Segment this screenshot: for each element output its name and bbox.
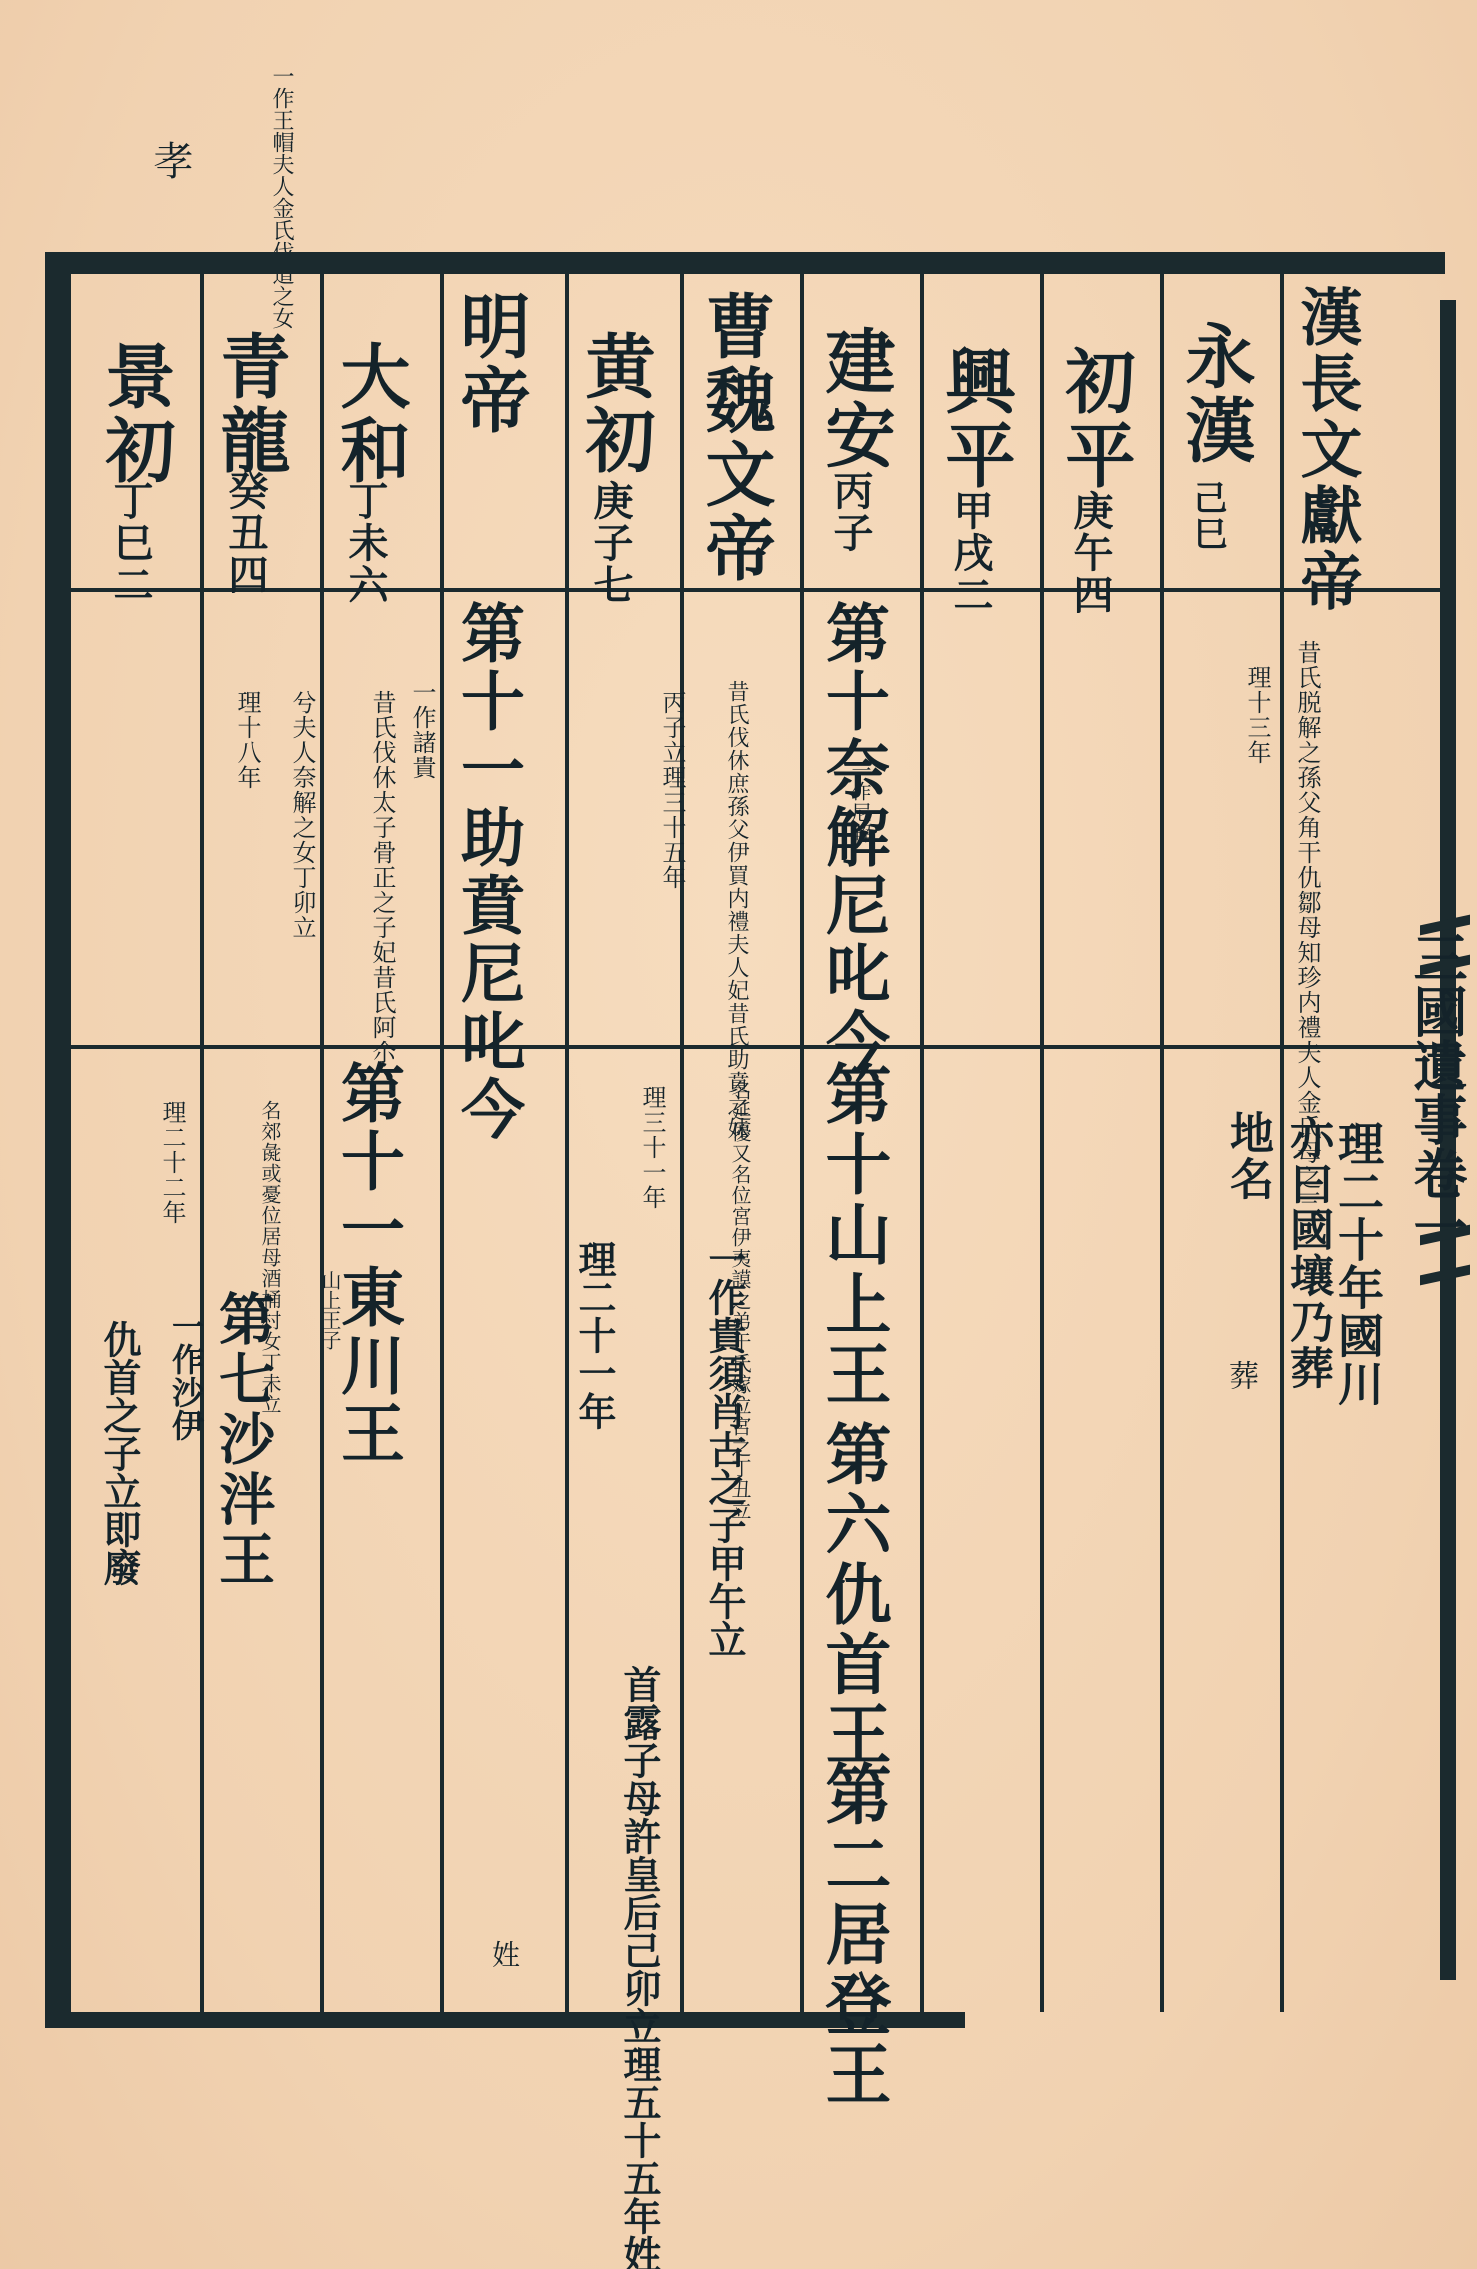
era-col4: 興平 bbox=[940, 345, 1010, 493]
col-divider bbox=[680, 272, 684, 2012]
king-title-note-col8: 一作諸貴 bbox=[410, 680, 434, 780]
era-col9: 大和 bbox=[335, 340, 405, 488]
note-col8-middle: 昔氏伐休太子骨正之子妃昔氏阿尒 bbox=[370, 690, 394, 1050]
note-col9-lower: 名郊彘或憂位居母酒桶村女丁未立 bbox=[260, 1100, 280, 1300]
lower-col1-small: 葬 bbox=[1225, 1360, 1255, 1391]
king-lower-saban-note: 一作沙伊 bbox=[170, 1310, 202, 1442]
era-col3: 初平 bbox=[1060, 345, 1130, 493]
lower-note-geodeung: 首露子母許皇后己卯立理五十五年姓金氏 bbox=[620, 1665, 658, 2005]
era-col1: 漢長文獻帝 bbox=[1295, 285, 1357, 615]
lower-note-gusu: 一作貴須肖古之子甲午立 bbox=[705, 1240, 743, 1620]
lower-note-sansang: 名延優又名位宮伊夷謨之弟于氏嫁位宮之丁丑立 bbox=[730, 1080, 750, 1240]
corner-note-bottom: 姓 bbox=[490, 1940, 518, 1969]
spine-title-text: 三國遺事卷一 bbox=[1410, 930, 1464, 1254]
era-sub-col3: 庚午四 bbox=[1070, 490, 1110, 616]
king-title-col8: 第十一助賁尼叱今 bbox=[455, 600, 519, 1144]
col-divider bbox=[320, 272, 324, 2012]
era-col10: 青龍 bbox=[215, 330, 285, 478]
reign-col11-lower: 理二十二年 bbox=[160, 1100, 184, 1225]
reign-col6-lower-big: 理二十一年 bbox=[575, 1240, 613, 1440]
reign-col10: 理十八年 bbox=[235, 690, 259, 790]
era-sub-col9: 丁未六 bbox=[345, 480, 385, 606]
col-divider bbox=[440, 272, 444, 2012]
era-col6: 曹魏文帝 bbox=[700, 290, 770, 586]
col-divider bbox=[1040, 272, 1044, 2012]
spine-title: 三國遺事卷一 bbox=[1410, 930, 1470, 1250]
era-sub-col2: 己巳 bbox=[1190, 480, 1224, 552]
king-title-note-col5: 一作尼解 bbox=[850, 760, 870, 844]
col-divider bbox=[200, 272, 204, 2012]
era-col7: 黄初 bbox=[580, 330, 650, 478]
note-col9-middle: 兮夫人奈解之女丁卯立 bbox=[290, 690, 314, 1050]
era-col5: 建安 bbox=[820, 325, 890, 473]
era-sub-col4: 甲戌二 bbox=[950, 490, 990, 616]
fish-tail-marker-bottom bbox=[1420, 1225, 1470, 1286]
scanned-page: 一作王帽夫人金氏伐道之女 孝 三國遺事卷一 漢長文獻帝 永漢 己巳 初平 庚午四… bbox=[0, 0, 1477, 2269]
note-col5-middle: 昔氏伐休庶孫父伊買内禮夫人妃昔氏助賁之妹 bbox=[725, 680, 747, 1040]
era-sub-col11: 丁巳二 bbox=[110, 480, 150, 606]
margin-char-top: 孝 bbox=[150, 140, 190, 180]
king-lower-saban: 第七沙泮王 bbox=[215, 1290, 271, 1590]
col-divider bbox=[800, 272, 804, 2012]
king-lower-2: 第六仇首王 bbox=[820, 1420, 886, 1770]
reign-col1: 理十三年 bbox=[1245, 665, 1269, 765]
lower-col1-line2: 亦曰國壤乃葬 bbox=[1285, 1115, 1329, 1391]
note-col6-middle: 丙子立理三十五年 bbox=[660, 690, 684, 990]
frame-left-border bbox=[45, 252, 71, 2027]
lower-col1-line1: 理二十年國川 bbox=[1335, 1120, 1381, 1408]
era-sub-col7: 庚子七 bbox=[590, 480, 630, 606]
era-sub-col10: 癸丑四 bbox=[225, 470, 265, 596]
col-divider bbox=[565, 272, 569, 2012]
era-col8: 明帝 bbox=[455, 290, 525, 438]
king-lower-3: 第二居登王 bbox=[820, 1760, 886, 2110]
note-col10-lower: 仇首之子立即廢 bbox=[100, 1320, 138, 1600]
row-divider-1 bbox=[70, 588, 1440, 592]
frame-top-border bbox=[45, 252, 1445, 274]
king-lower-1: 第十山上王 bbox=[820, 1060, 886, 1410]
reign-col6-lower: 理三十一年 bbox=[640, 1085, 664, 1210]
col-divider bbox=[1160, 272, 1164, 2012]
era-sub-col5: 丙子 bbox=[830, 470, 870, 554]
era-col2: 永漢 bbox=[1180, 320, 1250, 468]
lower-col1-line3: 地名 bbox=[1225, 1110, 1269, 1202]
row-divider-2 bbox=[70, 1045, 1440, 1049]
margin-note-top: 一作王帽夫人金氏伐道之女 bbox=[270, 65, 292, 255]
king-lower-dongcheon: 第十一東川王 bbox=[335, 1060, 399, 1468]
col-divider bbox=[920, 272, 924, 2012]
note-col1-middle: 昔氏脱解之孫父角干仇鄒母知珍内禮夫人金氏母之三 bbox=[1295, 640, 1319, 1020]
era-col11: 景初 bbox=[100, 340, 170, 488]
king-lower-dongcheon-note: 山上王子 bbox=[320, 1270, 340, 1350]
